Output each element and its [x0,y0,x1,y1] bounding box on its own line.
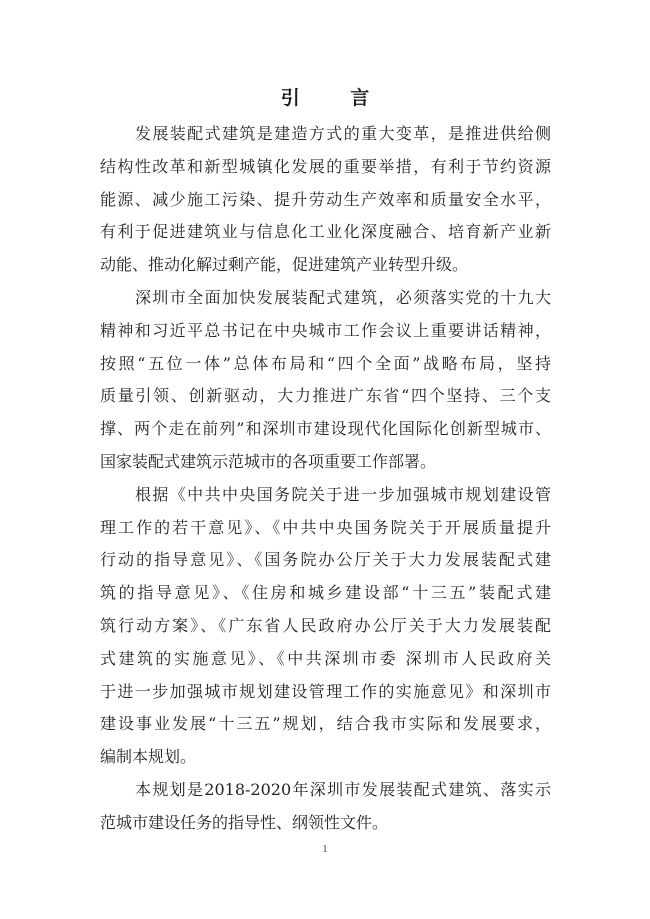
text-line: 发展装配式建筑是建造方式的重大变革，是推进供给侧 [100,118,551,151]
text-line: 深圳市全面加快发展装配式建筑，必须落实党的十九大 [100,282,551,315]
text-line: 编制本规划。 [100,741,551,774]
text-line: 范城市建设任务的指导性、纲领性文件。 [100,807,551,840]
document-page: 引 言 发展装配式建筑是建造方式的重大变革，是推进供给侧 结构性改革和新型城镇化… [0,0,650,919]
page-number: 1 [0,843,650,855]
text-line: 筑行动方案》、《广东省人民政府办公厅关于大力发展装配 [100,610,551,643]
text-line: 本规划是2018-2020年深圳市发展装配式建筑、落实示 [100,774,551,807]
text-line: 筑的指导意见》、《住房和城乡建设部“十三五”装配式建 [100,577,551,610]
text-line: 质量引领、创新驱动，大力推进广东省“四个坚持、三个支 [100,380,551,413]
text-line: 能源、减少施工污染、提升劳动生产效率和质量安全水平， [100,184,551,217]
paragraph-1: 发展装配式建筑是建造方式的重大变革，是推进供给侧 结构性改革和新型城镇化发展的重… [100,118,551,282]
paragraph-3: 根据《中共中央国务院关于进一步加强城市规划建设管 理工作的若干意见》、《中共中央… [100,479,551,774]
text-line: 国家装配式建筑示范城市的各项重要工作部署。 [100,446,551,479]
text-line: 动能、推动化解过剩产能，促进建筑产业转型升级。 [100,249,551,282]
text-line: 结构性改革和新型城镇化发展的重要举措，有利于节约资源 [100,151,551,184]
text-line: 于进一步加强城市规划建设管理工作的实施意见》和深圳市 [100,676,551,709]
text-line: 行动的指导意见》、《国务院办公厅关于大力发展装配式建 [100,544,551,577]
text-line: 有利于促进建筑业与信息化工业化深度融合、培育新产业新 [100,216,551,249]
text-line: 精神和习近平总书记在中央城市工作会议上重要讲话精神， [100,315,551,348]
document-body: 发展装配式建筑是建造方式的重大变革，是推进供给侧 结构性改革和新型城镇化发展的重… [100,118,551,840]
page-title: 引 言 [0,84,650,112]
text-line: 建设事业发展“十三五”规划，结合我市实际和发展要求， [100,708,551,741]
text-line: 根据《中共中央国务院关于进一步加强城市规划建设管 [100,479,551,512]
paragraph-2: 深圳市全面加快发展装配式建筑，必须落实党的十九大 精神和习近平总书记在中央城市工… [100,282,551,479]
text-line: 理工作的若干意见》、《中共中央国务院关于开展质量提升 [100,512,551,545]
text-line: 撑、两个走在前列”和深圳市建设现代化国际化创新型城市、 [100,413,551,446]
paragraph-4: 本规划是2018-2020年深圳市发展装配式建筑、落实示 范城市建设任务的指导性… [100,774,551,840]
text-line: 按照“五位一体”总体布局和“四个全面”战略布局，坚持 [100,348,551,381]
text-line: 式建筑的实施意见》、《中共深圳市委 深圳市人民政府关 [100,643,551,676]
